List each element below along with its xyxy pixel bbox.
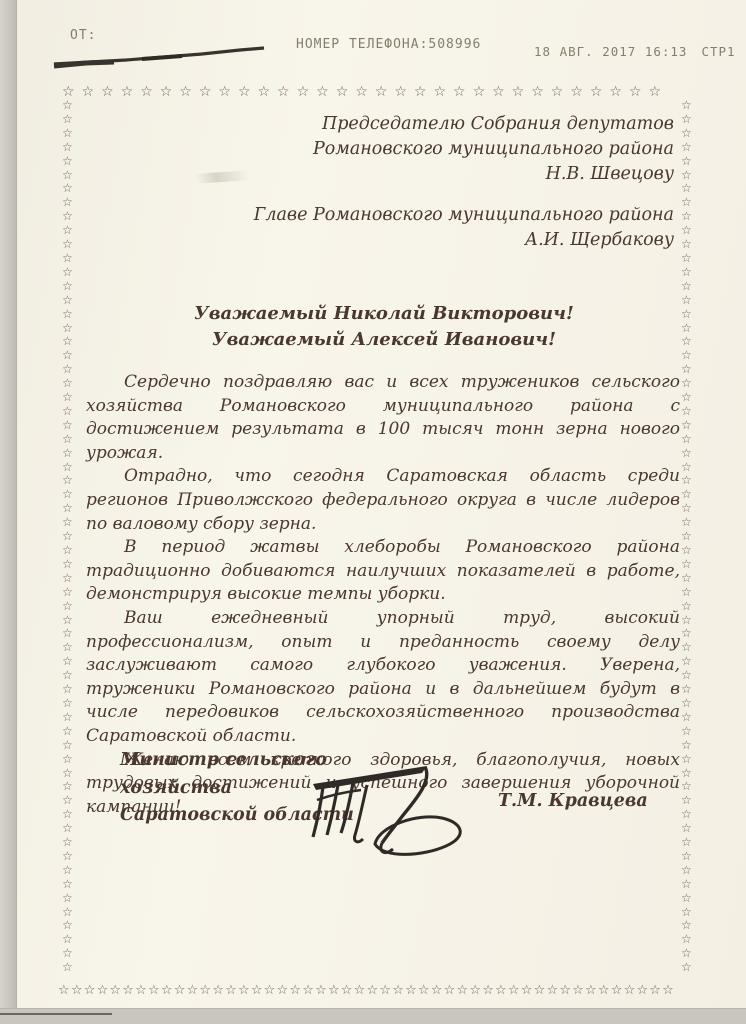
- salutation-line: Уважаемый Николай Викторович!: [88, 301, 680, 327]
- paragraph: Ваш ежедневный упорный труд, высокий про…: [86, 607, 680, 749]
- addressee-line: Председателю Собрания депутатов: [150, 112, 674, 137]
- addressee-block-2: Главе Романовского муниципального района…: [150, 203, 674, 253]
- salutation: Уважаемый Николай Викторович! Уважаемый …: [88, 301, 680, 353]
- star-border-left: ☆ ☆ ☆ ☆ ☆ ☆ ☆ ☆ ☆ ☆ ☆ ☆ ☆ ☆ ☆ ☆ ☆ ☆ ☆ ☆ …: [62, 99, 73, 975]
- fax-datetime: 18 АВГ. 2017 16:13СТР1: [534, 44, 736, 59]
- scan-mark: [0, 1013, 112, 1015]
- scan-edge-left: [0, 0, 17, 1024]
- star-border-bottom: ☆☆☆☆☆☆☆☆☆☆☆☆☆☆☆☆☆☆☆☆☆☆☆☆☆☆☆☆☆☆☆☆☆☆☆☆☆☆☆☆…: [58, 983, 675, 998]
- scanned-fax-letter: ОТ: НОМЕР ТЕЛЕФОНА:508996 18 АВГ. 2017 1…: [0, 0, 746, 1024]
- star-border-top: ☆☆☆☆☆☆☆☆☆☆☆☆☆☆☆☆☆☆☆☆☆☆☆☆☆☆☆☆☆☆☆: [62, 84, 668, 100]
- star-border-right: ☆ ☆ ☆ ☆ ☆ ☆ ☆ ☆ ☆ ☆ ☆ ☆ ☆ ☆ ☆ ☆ ☆ ☆ ☆ ☆ …: [681, 99, 692, 975]
- addressee-line: Н.В. Швецову: [150, 162, 674, 187]
- paragraph: В период жатвы хлеборобы Романовского ра…: [86, 536, 680, 607]
- addressee-line: А.И. Щербакову: [150, 228, 674, 253]
- fax-phone-number: НОМЕР ТЕЛЕФОНА:508996: [296, 37, 481, 52]
- fax-page-number: СТР1: [701, 44, 735, 59]
- paragraph: Отрадно, что сегодня Саратовская область…: [86, 465, 680, 536]
- salutation-line: Уважаемый Алексей Иванович!: [88, 327, 680, 353]
- fax-datetime-value: 18 АВГ. 2017 16:13: [534, 44, 687, 59]
- addressee-line: Главе Романовского муниципального района: [150, 203, 674, 228]
- fax-sender-line: [52, 42, 272, 70]
- signature-scribble: [283, 740, 483, 860]
- scan-edge-bottom: [0, 1008, 746, 1024]
- addressee-block-1: Председателю Собрания депутатов Романовс…: [150, 112, 674, 187]
- fax-from-label: ОТ:: [70, 28, 96, 43]
- addressee-line: Романовского муниципального района: [150, 137, 674, 162]
- paragraph: Сердечно поздравляю вас и всех труженико…: [86, 371, 680, 465]
- signer-name: Т.М. Кравцева: [498, 791, 648, 811]
